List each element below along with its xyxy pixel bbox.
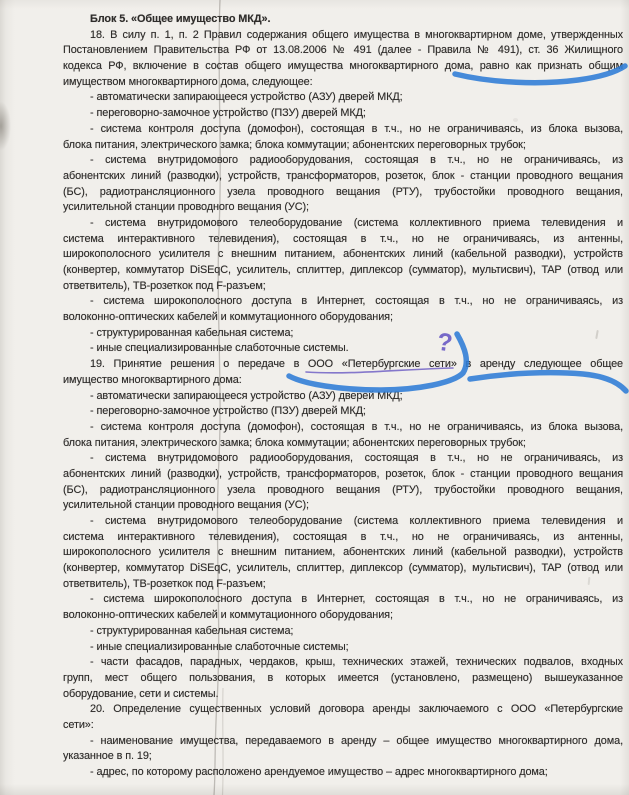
text-line: - структурированная кабельная система;	[63, 624, 623, 640]
text-line: указанное в п. 19;	[63, 749, 623, 765]
text-line: абонентских линий (разводки), устройств,…	[63, 467, 623, 483]
paragraph: - автоматически запирающееся устройство …	[63, 90, 623, 106]
text-line: широкополосного усилителя с внешним пита…	[63, 545, 623, 561]
text-line: имуществом многоквартирного дома, следую…	[63, 75, 623, 91]
text-line: Блок 5. «Общее имущество МКД».	[63, 12, 623, 28]
paragraph: - наименование имущества, передаваемого …	[63, 734, 623, 765]
text-line: - наименование имущества, передаваемого …	[63, 734, 623, 750]
text-block: Блок 5. «Общее имущество МКД».18. В силу…	[63, 12, 623, 781]
text-line: - система широкополосного доступа в Инте…	[63, 592, 623, 608]
text-line: система интерактивного телевидения), сос…	[63, 232, 623, 248]
text-line: ответвитель), ТВ-розеткок под F-разъем;	[63, 577, 623, 593]
text-line: волоконно-оптических кабелей и коммутаци…	[63, 310, 623, 326]
paragraph: 19. Принятие решения о передаче в ООО «П…	[63, 357, 623, 388]
text-line: абонентских линий (разводки), устройств,…	[63, 169, 623, 185]
text-line: имущество многоквартирного дома:	[63, 373, 623, 389]
text-line: система интерактивного телевидения), сос…	[63, 530, 623, 546]
paragraph: - части фасадов, парадных, чердаков, кры…	[63, 655, 623, 702]
text-line: кодекса РФ, включение в состав общего им…	[63, 59, 623, 75]
text-line: - иные специализированные слаботочные си…	[63, 640, 623, 656]
paragraph: - система широкополосного доступа в Инте…	[63, 294, 623, 325]
paragraph: - переговорно-замочное устройство (ПЗУ) …	[63, 404, 623, 420]
text-line: (конвертер, коммутатор DiSEqC, усилитель…	[63, 561, 623, 577]
paragraph: - система широкополосного доступа в Инте…	[63, 592, 623, 623]
text-line: - переговорно-замочное устройство (ПЗУ) …	[63, 404, 623, 420]
paragraph: - адрес, по которому расположено арендуе…	[63, 765, 623, 781]
text-line: (БС), радиотрансляционного узела проводн…	[63, 185, 623, 201]
paragraph: - структурированная кабельная система;	[63, 624, 623, 640]
text-line: (БС), радиотрансляционного узела проводн…	[63, 483, 623, 499]
text-line: ответвитель), ТВ-розеткок под F-разъем;	[63, 279, 623, 295]
paragraph: - иные специализированные слаботочные си…	[63, 640, 623, 656]
text-line: - автоматически запирающееся устройство …	[63, 389, 623, 405]
paragraph: Блок 5. «Общее имущество МКД».	[63, 12, 623, 28]
text-line: сети»:	[63, 718, 623, 734]
text-line: волоконно-оптических кабелей и коммутаци…	[63, 608, 623, 624]
text-line: - адрес, по которому расположено арендуе…	[63, 765, 623, 781]
paragraph: - система внутридомового телеоборудовани…	[63, 514, 623, 592]
paragraph: - автоматически запирающееся устройство …	[63, 389, 623, 405]
paragraph: - система контроля доступа (домофон), со…	[63, 122, 623, 153]
text-line: - система широкополосного доступа в Инте…	[63, 294, 623, 310]
text-line: - иные специализированные слаботочные си…	[63, 341, 623, 357]
text-line: 18. В силу п. 1, п. 2 Правил содержания …	[63, 28, 623, 44]
text-line: - части фасадов, парадных, чердаков, кры…	[63, 655, 623, 671]
text-line: групп, мест общего пользования, в которы…	[63, 671, 623, 687]
paragraph: 20. Определение существенных условий дог…	[63, 702, 623, 733]
text-line: усилительной станции проводного вещания …	[63, 200, 623, 216]
text-line: блока питания, электрического замка; бло…	[63, 436, 623, 452]
text-line: 20. Определение существенных условий дог…	[63, 702, 623, 718]
text-line: усилительной станции проводного вещания …	[63, 498, 623, 514]
paragraph: - переговорно-замочное устройство (ПЗУ) …	[63, 106, 623, 122]
text-line: - автоматически запирающееся устройство …	[63, 90, 623, 106]
text-line: - система контроля доступа (домофон), со…	[63, 420, 623, 436]
paragraph: - система внутридомового радиооборудован…	[63, 153, 623, 216]
text-line: Постановлением Правительства РФ от 13.08…	[63, 43, 623, 59]
text-line: - система внутридомового телеоборудовани…	[63, 514, 623, 530]
text-line: оборудование, сети и системы.	[63, 687, 623, 703]
text-line: - система внутридомового телеоборудовани…	[63, 216, 623, 232]
text-line: 19. Принятие решения о передаче в ООО «П…	[63, 357, 623, 373]
paragraph: - иные специализированные слаботочные си…	[63, 341, 623, 357]
paragraph: - система контроля доступа (домофон), со…	[63, 420, 623, 451]
text-line: широкополосного усилителя с внешним пита…	[63, 247, 623, 263]
paragraph: - структурированная кабельная система;	[63, 326, 623, 342]
paragraph: 18. В силу п. 1, п. 2 Правил содержания …	[63, 28, 623, 91]
text-line: (конвертер, коммутатор DiSEqC, усилитель…	[63, 263, 623, 279]
text-line: - система контроля доступа (домофон), со…	[63, 122, 623, 138]
text-line: блока питания, электрического замка; бло…	[63, 138, 623, 154]
scanned-page: Блок 5. «Общее имущество МКД».18. В силу…	[0, 0, 629, 795]
text-line: - переговорно-замочное устройство (ПЗУ) …	[63, 106, 623, 122]
paragraph: - система внутридомового радиооборудован…	[63, 451, 623, 514]
paragraph: - система внутридомового телеоборудовани…	[63, 216, 623, 294]
text-line: - структурированная кабельная система;	[63, 326, 623, 342]
text-line: - система внутридомового радиооборудован…	[63, 451, 623, 467]
text-line: - система внутридомового радиооборудован…	[63, 153, 623, 169]
